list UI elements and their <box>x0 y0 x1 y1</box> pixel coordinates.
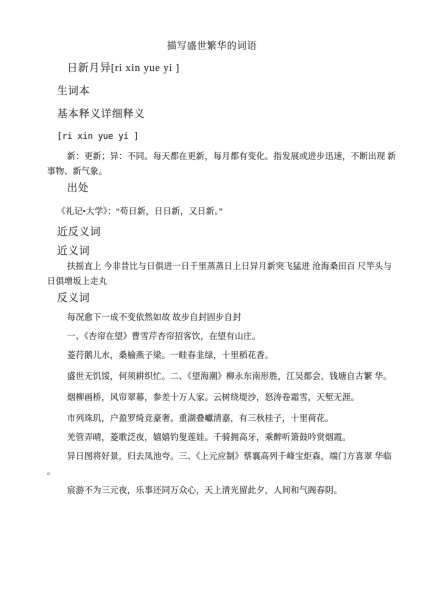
synonyms-line-2: 日俱增坂上走丸 <box>47 274 424 289</box>
doc-title: 描写盛世繁华的词语 <box>0 40 424 55</box>
synonyms-label: 近义词 <box>57 244 424 259</box>
antonyms-line: 每况愈下一成不变依然如故 故步自封固步自封 <box>67 310 424 325</box>
definition-tabs-label: 基本释义详细释义 <box>57 107 424 122</box>
poem-line-7: 异日图将好景，归去凤池夸。三、《上元应制》蔡襄高列千峰宝炬森，端门方喜翠 华临 <box>67 449 424 464</box>
poem-line-1: 一、《杏帘在望》曹雪芹杏帘招客饮，在望有山庄。 <box>67 329 424 344</box>
document-page: 描写盛世繁华的词语 日新月异[ri xin yue yi ] 生词本 基本释义详… <box>0 0 424 600</box>
synonyms-line-1: 扶摇直上 今非昔比与日俱进一日千里蒸蒸日上日异月新突飞猛进 沧海桑田百 尺竿头与 <box>67 259 424 274</box>
source-quote: 《礼记•大学》：“苟日新，日日新，又日新。” <box>57 204 424 219</box>
poem-line-3: 盛世无饥馁，何须耕织忙。二、《望海潮》柳永东南形胜，江吴都会，钱塘自古繁 华。 <box>67 369 424 384</box>
synonym-antonym-header: 近反义词 <box>57 225 424 240</box>
definition-line-2: 事物、新气象。 <box>47 164 424 179</box>
headword-line: 日新月异[ri xin yue yi ] <box>67 61 424 76</box>
poem-line-5: 市列珠玑，户盈罗绮竞豪奢。重湖叠巘清嘉，有三秋桂子，十里荷花。 <box>67 411 424 426</box>
poem-line-7-wrap: 。 <box>47 464 424 479</box>
source-label: 出处 <box>67 181 424 196</box>
poem-line-8: 宸游不为三元夜，乐事还同万众心，天上清光留此夕，人间和气阁春阴。 <box>67 483 424 498</box>
vocab-book-label: 生词本 <box>57 84 424 99</box>
poem-line-4: 烟柳画桥，风帘翠幕，参差十万人家。云树绕堤沙，怒涛卷霜雪，天堑无涯。 <box>67 390 424 405</box>
pinyin-line: [ri xin yue yi ] <box>57 130 424 145</box>
poem-line-2: 菱荇鹅儿水，桑榆燕子梁。一畦春韭绿，十里稻花香。 <box>67 348 424 363</box>
antonyms-label: 反义词 <box>57 291 424 306</box>
poem-line-6: 羌管弄晴，菱歌泛夜，嬉嬉钓叟莲娃。千骑拥高牙，乘醉听箫鼓吟赏烟霞。 <box>67 430 424 445</box>
definition-line-1: 新：更新；异：不同。每天都在更新，每月都有变化。指发展或进步迅速，不断出现 新 <box>67 149 424 164</box>
